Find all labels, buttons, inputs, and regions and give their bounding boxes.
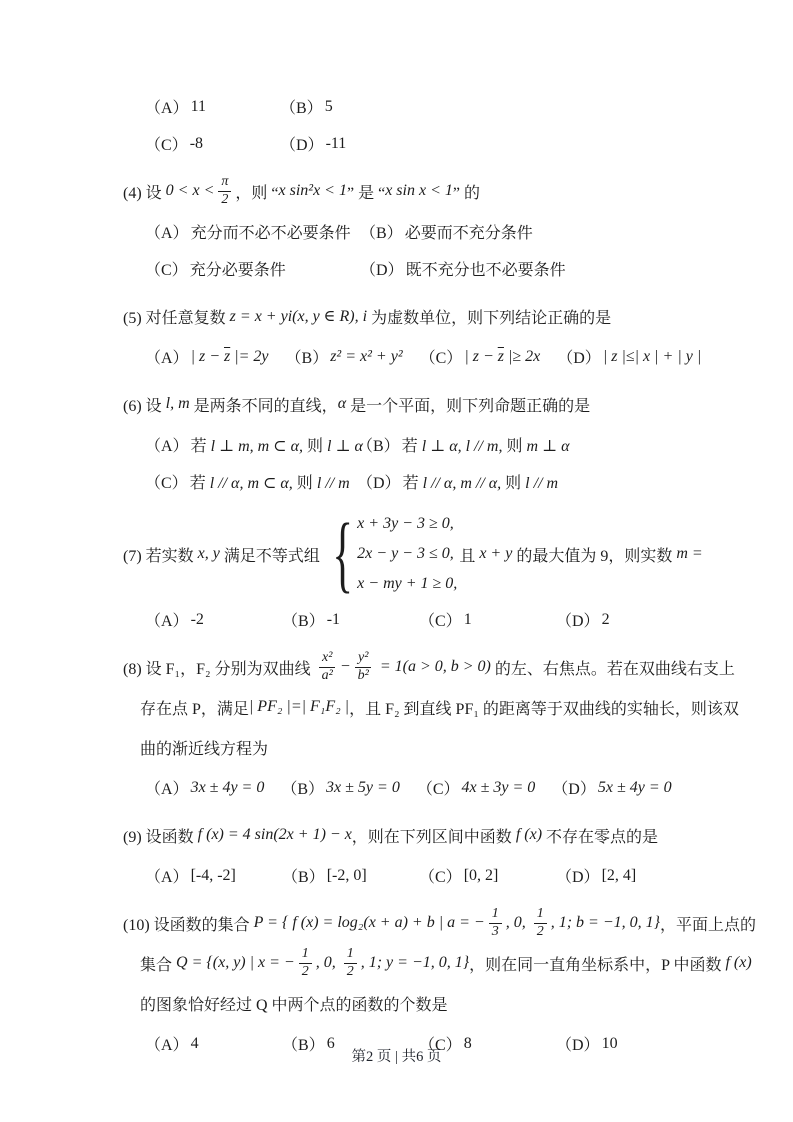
question-stem-line: (6) 设 l, m 是两条不同的直线，α 是一个平面，则下列命题正确的是 <box>123 384 743 424</box>
option: （B）3x ± 5y = 0 <box>281 776 399 799</box>
fraction-numerator: 1 <box>489 906 502 924</box>
option-label: （C） <box>419 864 462 887</box>
math-run: − <box>340 658 351 676</box>
option-text: -8 <box>190 135 203 153</box>
option: （C）[0, 2] <box>419 864 556 887</box>
math-run: |= 2y <box>230 348 268 365</box>
fraction: 12 <box>534 906 547 941</box>
text-run: 既不充分也不必要条件 <box>406 262 566 279</box>
math-run: z² = x² + y² <box>330 348 402 365</box>
option-text: 1 <box>464 611 472 629</box>
fraction: 13 <box>489 906 502 941</box>
option-label: （D） <box>552 776 596 799</box>
text-run: 集合 <box>140 952 176 975</box>
option: （C）| z − z |≥ 2x <box>420 345 541 368</box>
option-label: （B） <box>280 95 323 118</box>
option: （A）| z − z |= 2y <box>145 345 269 368</box>
option-text: | z |≤| x | + | y | <box>603 348 701 366</box>
question-stem-line: 的图象恰好经过 Q 中两个点的函数的个数是 <box>123 983 743 1023</box>
text-run: [2, 4] <box>602 867 637 884</box>
system-lines: x + 3y − 3 ≥ 0,2x − y − 3 ≤ 0,x − my + 1… <box>357 509 457 599</box>
option: （D）[2, 4] <box>556 864 693 887</box>
text-run: -11 <box>326 135 347 152</box>
text-run: (6) 设 <box>123 393 166 416</box>
math-run: m = <box>676 545 702 563</box>
math-run: α <box>338 395 346 413</box>
options-row: （A）若 l ⊥ m, m ⊂ α, 则 l ⊥ α（B）若 l ⊥ α, l … <box>145 428 743 461</box>
math-run: l // m <box>317 475 350 492</box>
system-line: x + 3y − 3 ≥ 0, <box>357 509 457 539</box>
text-run: 则 <box>502 438 526 455</box>
question-block-q8: (8) 设 F₁，F₂ 分别为双曲线 x²a²−y²b² = 1(a > 0, … <box>123 647 743 804</box>
text-run: ，则 “ <box>235 180 278 203</box>
text-run: 的左、右焦点。若在双曲线右支上 <box>491 656 735 679</box>
option: （B）[-2, 0] <box>282 864 419 887</box>
options-row: （A）11（B）5 <box>145 90 743 123</box>
text-run: ，则在下列区间中函数 <box>352 824 516 847</box>
option: （A）若 l ⊥ m, m ⊂ α, 则 l ⊥ α <box>145 433 357 456</box>
option: （B）若 l ⊥ α, l // m, 则 m ⊥ α <box>357 433 569 456</box>
math-run: , 0, <box>506 914 530 932</box>
option-text: 若 l // α, m // α, 则 l // m <box>403 470 559 493</box>
question-block-q6: (6) 设 l, m 是两条不同的直线，α 是一个平面，则下列命题正确的是（A）… <box>123 384 743 498</box>
text-run: 则 <box>293 475 317 492</box>
question-stem-line: 曲的渐近线方程为 <box>123 727 743 767</box>
math-run: x, y <box>198 545 220 563</box>
question-block-q9: (9) 设函数 f (x) = 4 sin(2x + 1) − x，则在下列区间… <box>123 815 743 892</box>
text-run: ，则在同一直角坐标系中，P 中函数 <box>469 952 725 975</box>
option: （C）-8 <box>145 132 280 155</box>
options-row: （C）充分必要条件（D）既不充分也不必要条件 <box>145 252 743 285</box>
math-run: P = { f (x) = log₂(x + a) + b | a = − <box>254 914 485 932</box>
option-text: 3x ± 5y = 0 <box>326 779 400 797</box>
math-run: x + y <box>479 545 512 563</box>
text-run: 不存在零点的是 <box>542 824 658 847</box>
math-run: x sin²x < 1 <box>279 182 347 200</box>
math-run: 0 < x < <box>166 182 215 200</box>
math-run: l, m <box>166 395 190 413</box>
math-run: , 1; b = −1, 0, 1} <box>551 914 660 932</box>
math-run: , 0, <box>316 954 340 972</box>
option: （D）2 <box>556 608 693 631</box>
fraction: 12 <box>344 946 357 981</box>
question-stem-line: (10) 设函数的集合 P = { f (x) = log₂(x + a) + … <box>123 903 743 943</box>
math-run: = 1(a > 0, b > 0) <box>376 658 491 676</box>
option-text: z² = x² + y² <box>330 348 402 366</box>
option: （B）z² = x² + y² <box>286 345 403 368</box>
option-label: （D） <box>556 864 600 887</box>
option-label: （A） <box>145 433 189 456</box>
math-run: l // α, m // α, <box>423 475 502 492</box>
option-text: 若 l ⊥ α, l // m, 则 m ⊥ α <box>402 433 570 456</box>
option: （C）充分必要条件 <box>145 257 360 280</box>
question-block-q10: (10) 设函数的集合 P = { f (x) = log₂(x + a) + … <box>123 903 743 1060</box>
question-block-q3-leftover-options: （A）11（B）5（C）-8（D）-11 <box>123 90 743 160</box>
text-run: 为虚数单位，则下列结论正确的是 <box>367 305 611 328</box>
fraction: π2 <box>218 174 231 209</box>
fraction-denominator: 2 <box>218 192 231 209</box>
option: （A）3x ± 4y = 0 <box>145 776 264 799</box>
option-text: 3x ± 4y = 0 <box>191 779 265 797</box>
text-run: 则 <box>501 475 525 492</box>
option-label: （B） <box>360 220 403 243</box>
option: （D）既不充分也不必要条件 <box>360 257 575 280</box>
text-run: 满足不等式组 <box>220 543 320 566</box>
text-run: (4) 设 <box>123 180 166 203</box>
text-run: (5) 对任意复数 <box>123 305 230 328</box>
option: （C）若 l // α, m ⊂ α, 则 l // m <box>145 470 357 493</box>
text-run: 若 <box>403 475 423 492</box>
fraction-numerator: π <box>218 174 231 192</box>
math-run: f (x) = 4 sin(2x + 1) − x <box>198 826 352 844</box>
math-run: Q = {(x, y) | x = − <box>176 954 295 972</box>
option-label: （A） <box>145 776 189 799</box>
options-row: （A）3x ± 4y = 0（B）3x ± 5y = 0（C）4x ± 3y =… <box>145 771 743 804</box>
option-text: 4x ± 3y = 0 <box>462 779 536 797</box>
math-run: f (x) <box>725 954 751 972</box>
text-run: [0, 2] <box>464 867 499 884</box>
fraction: 12 <box>299 946 312 981</box>
option-label: （D） <box>557 345 601 368</box>
option-text: 若 l // α, m ⊂ α, 则 l // m <box>190 470 350 493</box>
text-run: 且 <box>459 543 479 566</box>
question-stem-line: (4) 设 0 < x <π2，则 “x sin²x < 1” 是 “x sin… <box>123 171 743 211</box>
option-text: 2 <box>602 611 610 629</box>
math-run: |≥ 2x <box>504 348 540 365</box>
fraction: x²a² <box>319 650 336 685</box>
fraction-denominator: a² <box>319 668 336 685</box>
option-label: （D） <box>556 608 600 631</box>
options-row: （A）充分而不必不必要条件（B）必要而不充分条件 <box>145 215 743 248</box>
text-run: (9) 设函数 <box>123 824 198 847</box>
option-label: （A） <box>145 95 189 118</box>
question-stem-line: (7) 若实数 x, y 满足不等式组{x + 3y − 3 ≥ 0,2x − … <box>123 509 743 599</box>
text-run: ，且 F₂ 到直线 PF₁ 的距离等于双曲线的实轴长，则该双 <box>349 696 739 719</box>
fraction-numerator: 1 <box>344 946 357 964</box>
text-run: 充分必要条件 <box>190 262 286 279</box>
text-run: 是两条不同的直线， <box>190 393 338 416</box>
option: （D）若 l // α, m // α, 则 l // m <box>357 470 569 493</box>
option-text: 既不充分也不必要条件 <box>406 257 566 280</box>
option-text: [-4, -2] <box>191 867 236 885</box>
text-run: (8) 设 F₁，F₂ 分别为双曲线 <box>123 656 315 679</box>
text-run: [-2, 0] <box>327 867 367 884</box>
option-text: -2 <box>191 611 204 629</box>
option: （B）5 <box>280 95 415 118</box>
option-text: 5 <box>325 98 333 116</box>
option: （C）1 <box>419 608 556 631</box>
option-label: （A） <box>145 864 189 887</box>
page-footer: 第2 页 | 共6 页 <box>0 1045 793 1066</box>
text-run: 充分而不必不必要条件 <box>191 225 351 242</box>
option-label: （A） <box>145 345 189 368</box>
math-run: x sin x < 1 <box>385 182 453 200</box>
option: （A）[-4, -2] <box>145 864 282 887</box>
text-run: ” 是 “ <box>347 180 385 203</box>
math-run: | PF₂ |=| F₁F₂ | <box>249 698 349 716</box>
math-run: l ⊥ α, l // m, <box>422 438 503 455</box>
option-text: 5x ± 4y = 0 <box>598 779 672 797</box>
text-run: -2 <box>191 611 204 628</box>
option: （B）必要而不充分条件 <box>360 220 575 243</box>
math-run: 3x ± 5y = 0 <box>326 779 400 796</box>
text-run: 必要而不充分条件 <box>405 225 533 242</box>
math-run: l ⊥ m, m ⊂ α, <box>211 438 303 455</box>
math-run: | z − <box>464 348 497 365</box>
fraction-denominator: 2 <box>299 964 312 981</box>
option: （D）| z |≤| x | + | y | <box>557 345 701 368</box>
option: （C）4x ± 3y = 0 <box>417 776 535 799</box>
fraction-denominator: b² <box>355 668 372 685</box>
option: （D）5x ± 4y = 0 <box>552 776 671 799</box>
text-run: 若 <box>191 438 211 455</box>
option-label: （A） <box>145 608 189 631</box>
options-row: （A）| z − z |= 2y（B）z² = x² + y²（C）| z − … <box>145 340 743 373</box>
question-stem-line: 集合 Q = {(x, y) | x = −12, 0, 12, 1; y = … <box>123 943 743 983</box>
option-text: [-2, 0] <box>327 867 367 885</box>
text-run: 若 <box>190 475 210 492</box>
option-label: （B） <box>282 608 325 631</box>
option-label: （D） <box>357 470 401 493</box>
option: （A）充分而不必不必要条件 <box>145 220 360 243</box>
inequality-system: {x + 3y − 3 ≥ 0,2x − y − 3 ≤ 0,x − my + … <box>322 509 457 599</box>
math-run: , 1; y = −1, 0, 1} <box>361 954 469 972</box>
option-label: （D） <box>280 132 324 155</box>
option-text: 充分而不必不必要条件 <box>191 220 351 243</box>
question-stem-line: (5) 对任意复数 z = x + yi(x, y ∈ R), i 为虚数单位，… <box>123 296 743 336</box>
fraction-numerator: 1 <box>534 906 547 924</box>
option-text: 若 l ⊥ m, m ⊂ α, 则 l ⊥ α <box>191 433 363 456</box>
math-run: 5x ± 4y = 0 <box>598 779 672 796</box>
text-run: 曲的渐近线方程为 <box>140 736 268 759</box>
text-run: (7) 若实数 <box>123 543 198 566</box>
option-label: （B） <box>281 776 324 799</box>
text-run: 的图象恰好经过 Q 中两个点的函数的个数是 <box>140 992 448 1015</box>
option-label: （B） <box>357 433 400 456</box>
option-text: [2, 4] <box>602 867 637 885</box>
fraction-numerator: 1 <box>299 946 312 964</box>
text-run: ，平面上点的 <box>660 912 756 935</box>
text-run: (10) 设函数的集合 <box>123 912 254 935</box>
system-line: x − my + 1 ≥ 0, <box>357 569 457 599</box>
option: （A）-2 <box>145 608 282 631</box>
text-run: -8 <box>190 135 203 152</box>
math-run: | z − <box>191 348 224 365</box>
option-label: （C） <box>145 132 188 155</box>
option-label: （B） <box>286 345 329 368</box>
math-run: l // m <box>525 475 558 492</box>
option-label: （B） <box>282 864 325 887</box>
option-label: （C） <box>420 345 463 368</box>
option: （D）-11 <box>280 132 415 155</box>
question-stem-line: 存在点 P，满足| PF₂ |=| F₁F₂ |，且 F₂ 到直线 PF₁ 的距… <box>123 687 743 727</box>
options-row: （A）[-4, -2]（B）[-2, 0]（C）[0, 2]（D）[2, 4] <box>145 859 743 892</box>
options-row: （C）-8（D）-11 <box>145 127 743 160</box>
option-text: 必要而不充分条件 <box>405 220 533 243</box>
text-run: ” 的 <box>453 180 480 203</box>
option-label: （C） <box>145 257 188 280</box>
text-run: 11 <box>191 98 206 115</box>
option-label: （C） <box>419 608 462 631</box>
option-label: （A） <box>145 220 189 243</box>
text-run: 存在点 P，满足 <box>140 696 249 719</box>
option: （A）11 <box>145 95 280 118</box>
math-run: 3x ± 4y = 0 <box>191 779 265 796</box>
option-text: 11 <box>191 98 206 116</box>
option-label: （D） <box>360 257 404 280</box>
fraction-denominator: 2 <box>344 964 357 981</box>
option-text: -11 <box>326 135 347 153</box>
math-run: z = x + yi(x, y ∈ R), i <box>230 306 367 326</box>
text-run: 则 <box>303 438 327 455</box>
question-stem-line: (9) 设函数 f (x) = 4 sin(2x + 1) − x，则在下列区间… <box>123 815 743 855</box>
option-text: [0, 2] <box>464 867 499 885</box>
fraction-denominator: 3 <box>489 924 502 941</box>
question-stem-line: (8) 设 F₁，F₂ 分别为双曲线 x²a²−y²b² = 1(a > 0, … <box>123 647 743 687</box>
options-row: （C）若 l // α, m ⊂ α, 则 l // m（D）若 l // α,… <box>145 465 743 498</box>
option-label: （C） <box>145 470 188 493</box>
text-run: 2 <box>602 611 610 628</box>
math-run: l // α, m ⊂ α, <box>210 475 293 492</box>
text-run: 1 <box>464 611 472 628</box>
text-run: 是一个平面，则下列命题正确的是 <box>346 393 590 416</box>
fraction-denominator: 2 <box>534 924 547 941</box>
text-run: -1 <box>327 611 340 628</box>
options-row: （A）-2（B）-1（C）1（D）2 <box>145 603 743 636</box>
math-run: m ⊥ α <box>527 438 570 455</box>
system-brace: { <box>332 513 353 595</box>
text-run: 若 <box>402 438 422 455</box>
math-run: 4x ± 3y = 0 <box>462 779 536 796</box>
text-run: 5 <box>325 98 333 115</box>
option-text: | z − z |= 2y <box>191 348 269 366</box>
option-label: （C） <box>417 776 460 799</box>
text-run: 的最大值为 9，则实数 <box>512 543 676 566</box>
math-run: f (x) <box>516 826 542 844</box>
system-line: 2x − y − 3 ≤ 0, <box>357 539 457 569</box>
option-text: -1 <box>327 611 340 629</box>
question-block-q5: (5) 对任意复数 z = x + yi(x, y ∈ R), i 为虚数单位，… <box>123 296 743 373</box>
option-text: | z − z |≥ 2x <box>464 348 540 366</box>
text-run: [-4, -2] <box>191 867 236 884</box>
math-run: | z |≤| x | + | y | <box>603 348 701 365</box>
fraction: y²b² <box>355 650 372 685</box>
question-block-q7: (7) 若实数 x, y 满足不等式组{x + 3y − 3 ≥ 0,2x − … <box>123 509 743 636</box>
document-body: （A）11（B）5（C）-8（D）-11(4) 设 0 < x <π2，则 “x… <box>0 0 793 1060</box>
option: （B）-1 <box>282 608 419 631</box>
question-block-q4: (4) 设 0 < x <π2，则 “x sin²x < 1” 是 “x sin… <box>123 171 743 285</box>
fraction-numerator: y² <box>355 650 371 668</box>
option-text: 充分必要条件 <box>190 257 286 280</box>
fraction-numerator: x² <box>319 650 335 668</box>
